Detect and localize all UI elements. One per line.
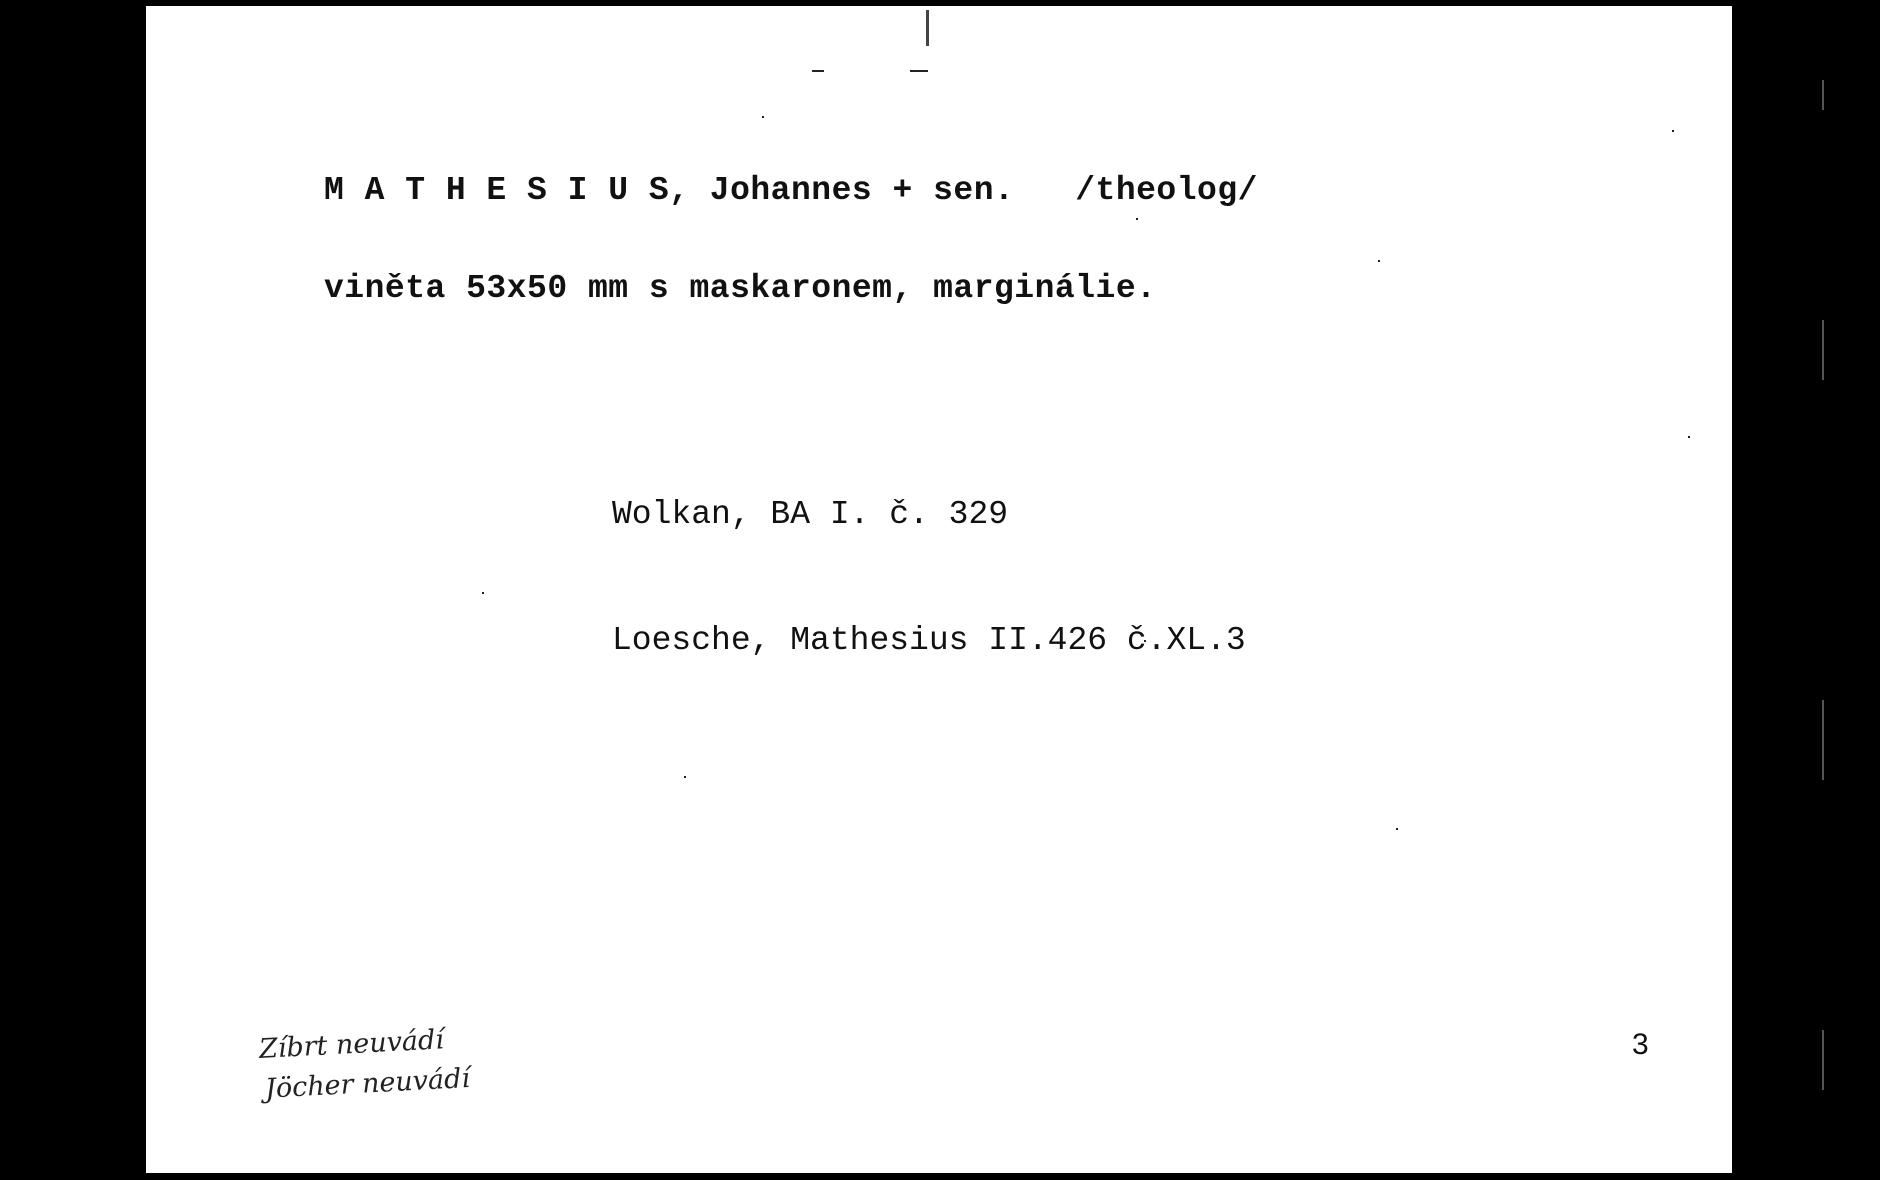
scan-speck — [1136, 218, 1138, 220]
scan-speck — [1144, 640, 1146, 642]
scan-speck — [762, 116, 764, 118]
scan-speck — [684, 776, 686, 778]
reference-line: Wolkan, BA I. č. 329 — [612, 494, 1246, 536]
scan-edge-artifact — [1822, 320, 1824, 380]
page-number: 3 — [1632, 1028, 1649, 1062]
card-heading: M A T H E S I U S, Johannes + sen. /theo… — [324, 174, 1258, 207]
catalog-card: M A T H E S I U S, Johannes + sen. /theo… — [146, 6, 1732, 1173]
scan-edge-artifact — [1822, 1030, 1824, 1090]
scan-edge-artifact — [1822, 80, 1824, 110]
scan-speck — [812, 70, 824, 72]
card-references: Wolkan, BA I. č. 329 Loesche, Mathesius … — [612, 410, 1246, 746]
scan-speck — [1378, 260, 1380, 262]
scan-speck — [1396, 828, 1398, 830]
handwritten-notes: Zíbrt neuvádí Jöcher neuvádí — [258, 1019, 471, 1110]
scan-speck — [926, 10, 929, 46]
scan-speck — [1672, 130, 1674, 132]
reference-line: Loesche, Mathesius II.426 č.XL.3 — [612, 620, 1246, 662]
scan-speck — [482, 592, 484, 594]
scan-edge-artifact — [1822, 700, 1824, 780]
scan-speck — [910, 70, 928, 72]
scanned-catalog-card-view: M A T H E S I U S, Johannes + sen. /theo… — [0, 0, 1880, 1180]
scan-speck — [1688, 436, 1690, 438]
card-description: viněta 53x50 mm s maskaronem, marginálie… — [324, 272, 1156, 305]
